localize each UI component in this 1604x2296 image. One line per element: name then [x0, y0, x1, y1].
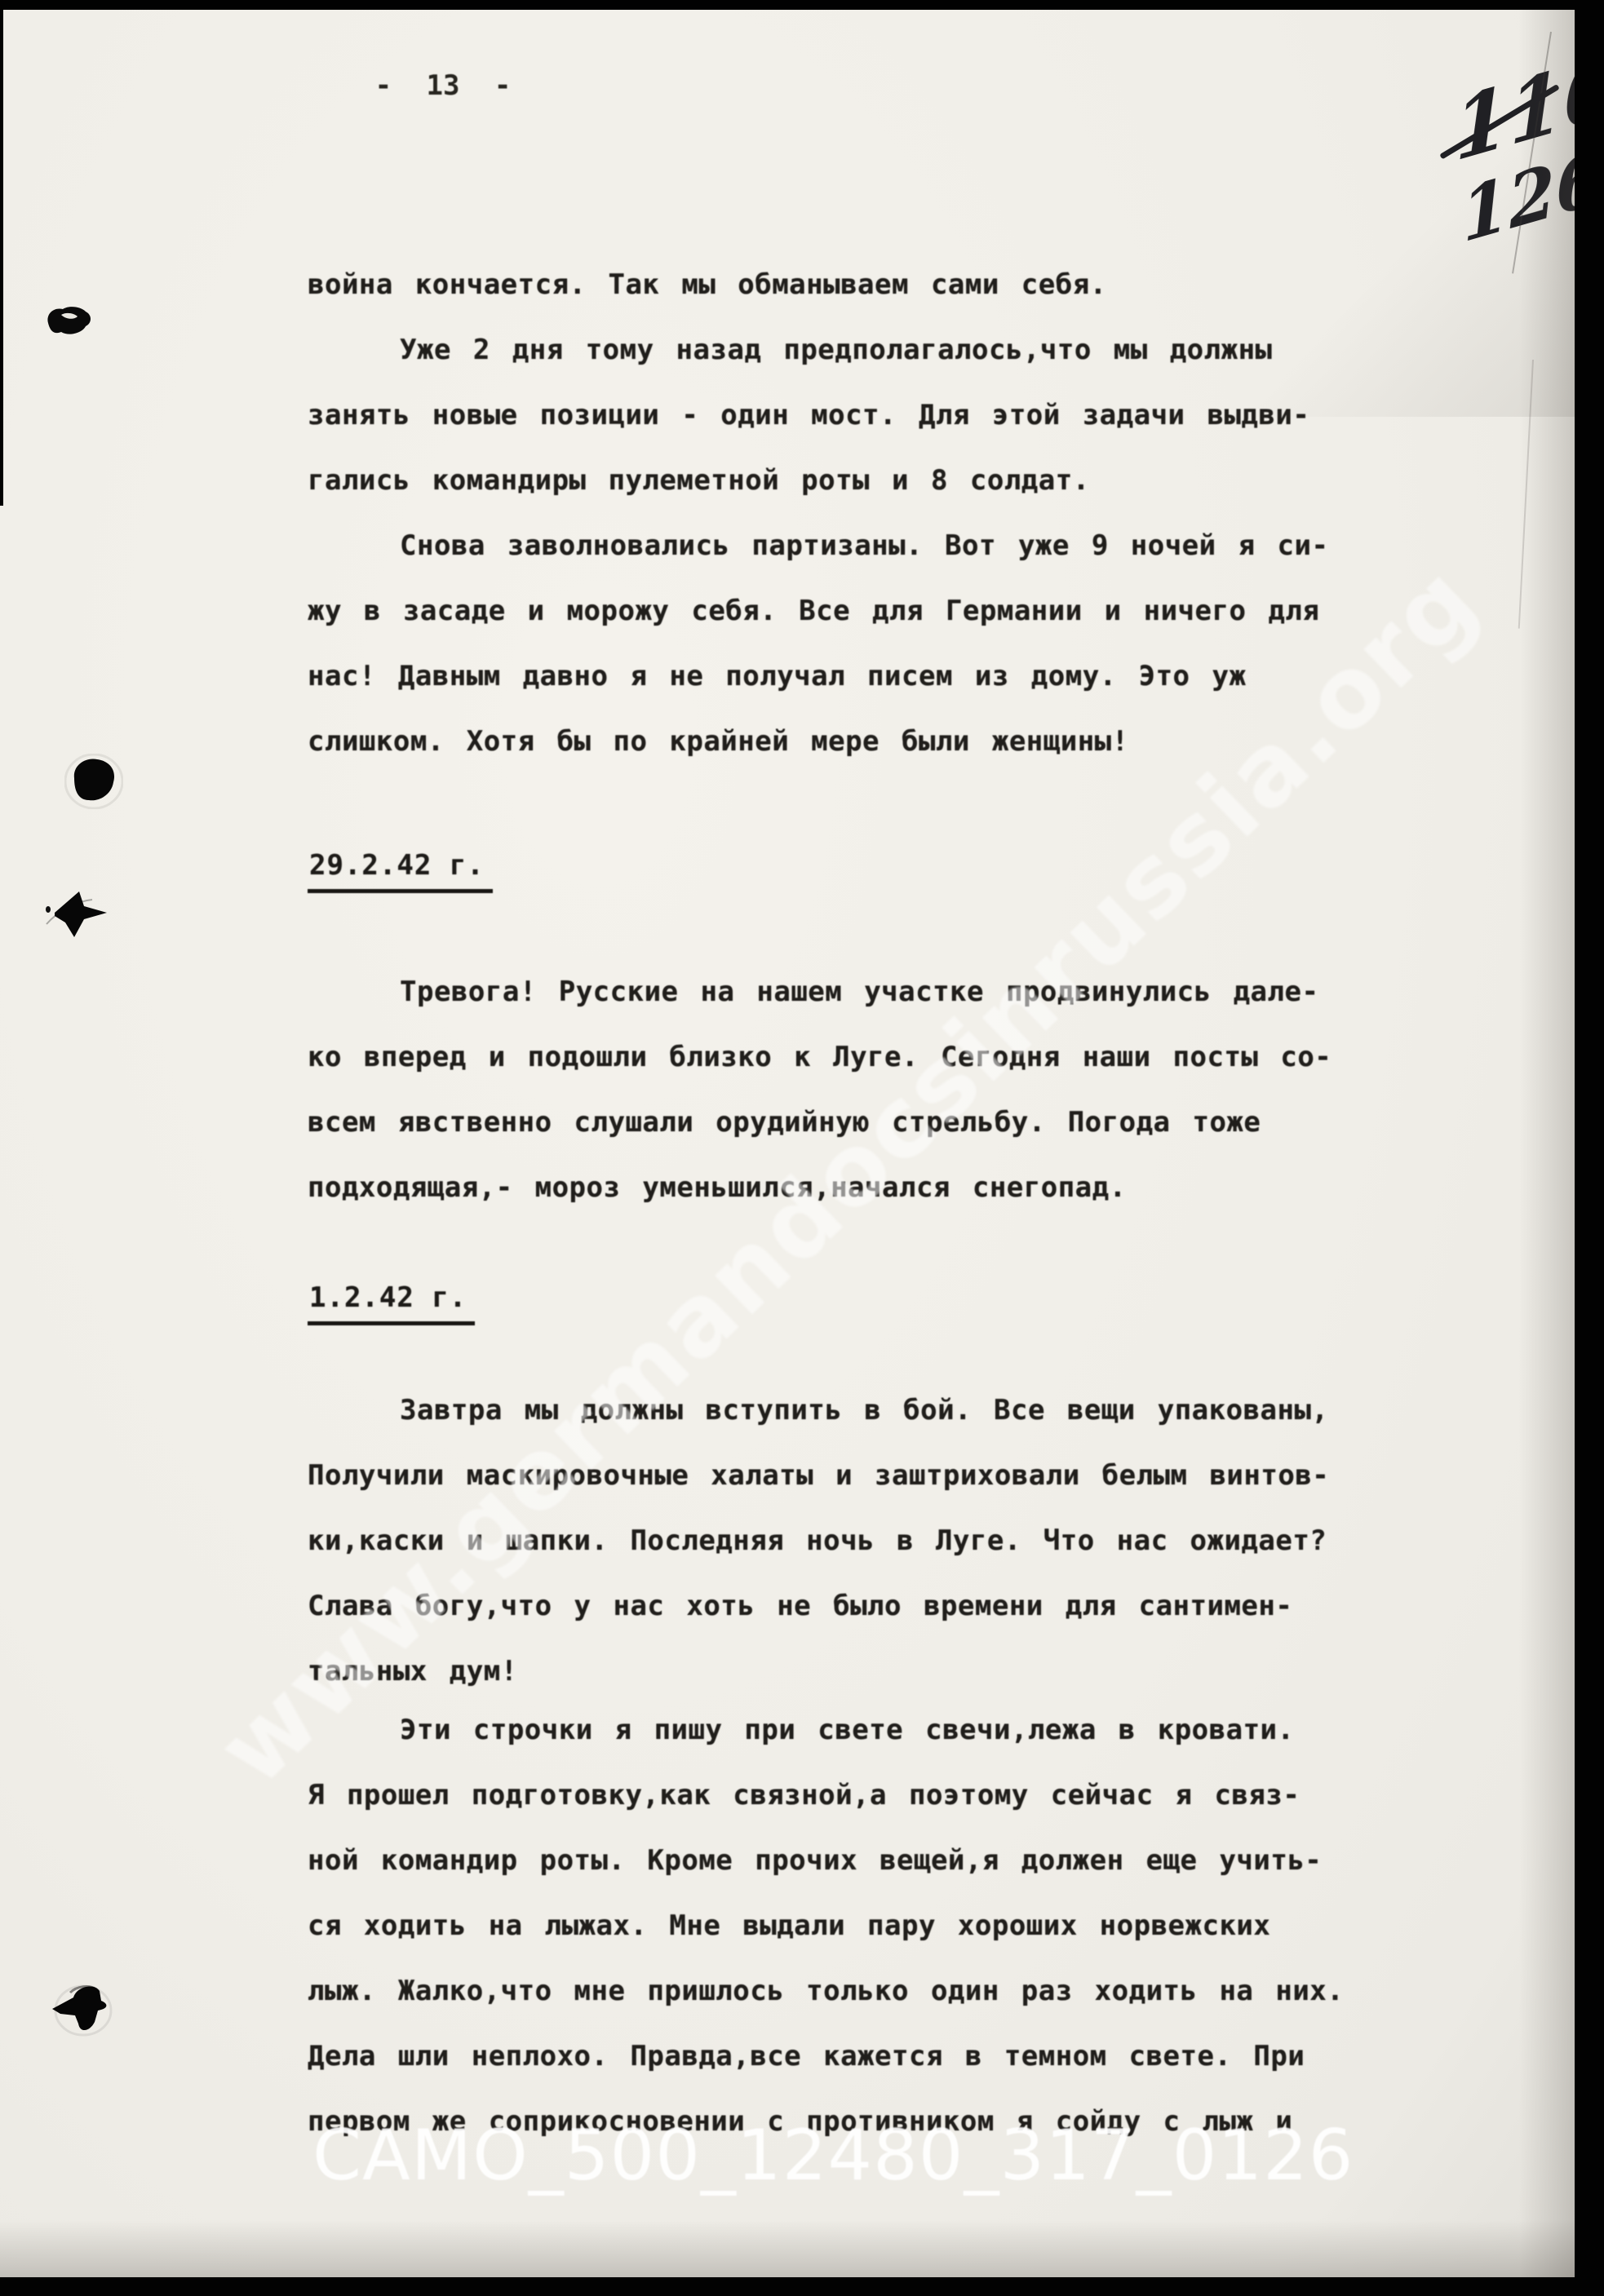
diary-date-heading-text: 1.2.42 г. — [308, 1281, 475, 1325]
scan-border-bottom — [0, 2277, 1604, 2296]
text-line: гались командиры пулеметной роты и 8 сол… — [308, 464, 1090, 497]
text-line: первом же соприкосновении с противником … — [308, 2105, 1292, 2138]
scanned-document-page: - 13 - 116 126 война кончается. Так мы о… — [0, 9, 1576, 2277]
text-line: война кончается. Так мы обманываем сами … — [308, 268, 1107, 301]
text-line: тальных дум! — [308, 1655, 518, 1688]
text-line: Слава богу,что у нас хоть не было времен… — [308, 1590, 1292, 1622]
punch-hole-blob-round — [64, 754, 123, 809]
text-line: подходящая,- мороз уменьшился,начался сн… — [308, 1171, 1127, 1204]
text-line: слишком. Хотя бы по крайней мере были же… — [308, 725, 1129, 758]
text-line: Снова заволновались партизаны. Вот уже 9… — [308, 529, 1328, 562]
text-line: ной командир роты. Кроме прочих вещей,я … — [308, 1844, 1322, 1877]
text-line: ки,каски и шапки. Последняя ночь в Луге.… — [308, 1524, 1327, 1557]
text-line: ко вперед и подошли близко к Луге. Сегод… — [308, 1041, 1331, 1073]
scan-border-right — [1575, 0, 1604, 2296]
text-line: занять новые позиции - один мост. Для эт… — [308, 399, 1309, 431]
text-line: Получили маскировочные халаты и заштрихо… — [308, 1459, 1329, 1492]
diary-date-heading: 1.2.42 г. — [308, 1281, 475, 1325]
scan-border-top — [0, 0, 1604, 10]
diary-date-heading: 29.2.42 г. — [308, 849, 493, 893]
text-line: нас! Давным давно я не получал писем из … — [308, 660, 1246, 692]
text-line: Дела шли неплохо. Правда,все кажется в т… — [308, 2040, 1305, 2073]
text-line: Завтра мы должны вступить в бой. Все вещ… — [308, 1394, 1328, 1427]
text-line: ся ходить на лыжах. Мне выдали пару хоро… — [308, 1909, 1270, 1942]
text-line: Уже 2 дня тому назад предполагалось,что … — [308, 334, 1273, 366]
ink-blob-triangular — [43, 887, 112, 944]
ink-blob-bird-shaped — [51, 1980, 113, 2038]
text-line: всем явственно слушали орудийную стрельб… — [308, 1106, 1261, 1139]
typewritten-text-layer: война кончается. Так мы обманываем сами … — [0, 9, 1576, 2277]
text-line: лыж. Жалко,что мне пришлось только один … — [308, 1975, 1344, 2007]
text-line: Тревога! Русские на нашем участке продви… — [308, 975, 1318, 1008]
ink-blob-top-left — [45, 303, 97, 339]
text-line: Эти строчки я пишу при свете свечи,лежа … — [308, 1714, 1295, 1746]
text-line: Я прошел подготовку,как связной,а поэтом… — [308, 1779, 1300, 1812]
text-line: жу в засаде и морожу себя. Все для Герма… — [308, 595, 1319, 627]
scan-border-left — [0, 0, 3, 506]
diary-date-heading-text: 29.2.42 г. — [308, 849, 493, 893]
